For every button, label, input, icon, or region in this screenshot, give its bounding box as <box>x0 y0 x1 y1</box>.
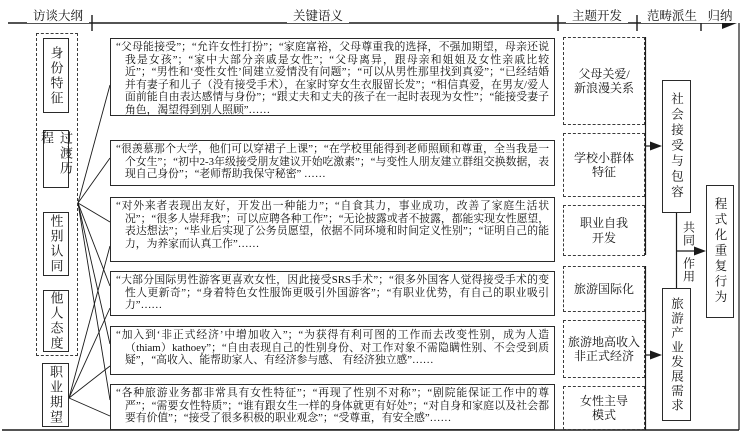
theme-label-line: 父母关爱/ <box>578 67 629 82</box>
category-box-tourism-industry-demand: 旅游产业发展需求 <box>662 288 691 421</box>
theme-label-line: 女性主导 <box>580 394 628 409</box>
outline-item-gender-identity: 性别认同 <box>43 212 69 276</box>
theme-label-line: 旅游地高收入 <box>568 335 640 350</box>
column-header-induction: 归纳 <box>703 9 737 23</box>
induction-box-stylized-repetitive-behavior: 程式化重复行为 <box>706 185 734 318</box>
column-header-category-derivation: 范畴派生 <box>641 9 703 23</box>
semantics-box-family: “父母能接受”；“允许女性打扮”；“家庭富裕，父母尊重我的选择，不强加期望，母亲… <box>110 38 555 116</box>
theme-cell-female-dominated-mode: 女性主导 模式 <box>563 386 645 430</box>
theme-cell-career-self-development: 职业自我 开发 <box>563 205 645 256</box>
theme-cell-school-group: 学校小群体 特征 <box>563 133 645 197</box>
semantics-box-school: “很羡慕那个大学，他们可以穿裙子上课”；“在学校里能得到老师照顾和尊重，全当我是… <box>110 140 555 186</box>
semantics-box-female-dominated: “各种旅游业务都非常具有女性特征”；“再现了性别不对称”；“剧院能保证工作中的尊… <box>110 384 555 430</box>
theme-label-line: 旅游国际化 <box>574 282 634 297</box>
outline-item-others-attitude: 他人态度 <box>43 290 69 352</box>
coding-process-diagram: 访谈大纲 关键语义 主题开发 范畴派生 归纳 身份特征 过渡历程 性别认同 他人… <box>0 0 755 437</box>
theme-cell-high-income-informal-economy: 旅游地高收入 非正式经济 <box>563 320 645 378</box>
theme-label-line: 特征 <box>592 165 616 180</box>
column-header-interview-outline: 访谈大纲 <box>27 9 89 23</box>
outline-item-identity: 身份特征 <box>43 38 69 113</box>
theme-label-line: 非正式经济 <box>574 349 634 364</box>
theme-cell-parental-love: 父母关爱/ 新浪漫关系 <box>563 37 645 125</box>
column-header-key-semantics: 关键语义 <box>287 9 349 23</box>
category-box-social-acceptance: 社会接受与包容 <box>662 80 691 213</box>
semantics-box-informal-economy: “加入到‘非正式经济’中增加收入”；“为获得有利可图的工作而去改变性别，成为人造… <box>110 326 555 375</box>
semantics-box-career-self: “对外来者表现出友好，开发出一种能力”；“自食其力，事业成功，改善了家庭生活状况… <box>110 197 555 262</box>
column-header-theme-development: 主题开发 <box>566 9 628 23</box>
outline-item-career-expectation: 职业期望 <box>42 363 69 427</box>
theme-label-line: 学校小群体 <box>574 151 634 166</box>
outline-item-transition: 过渡历程 <box>43 130 69 188</box>
theme-label-line: 模式 <box>592 408 616 423</box>
theme-label-line: 新浪漫关系 <box>574 81 634 96</box>
theme-cell-tourism-internationalization: 旅游国际化 <box>563 266 645 312</box>
theme-label-line: 开发 <box>592 231 616 246</box>
joint-action-label-top: 共同 <box>681 219 697 249</box>
joint-action-label-bottom: 作用 <box>681 255 697 285</box>
theme-label-line: 职业自我 <box>580 216 628 231</box>
semantics-box-tourism-international: “大部分国际男性游客更喜欢女性，因此接受SRS手术”；“很多外国客人觉得接受手术… <box>110 271 555 316</box>
